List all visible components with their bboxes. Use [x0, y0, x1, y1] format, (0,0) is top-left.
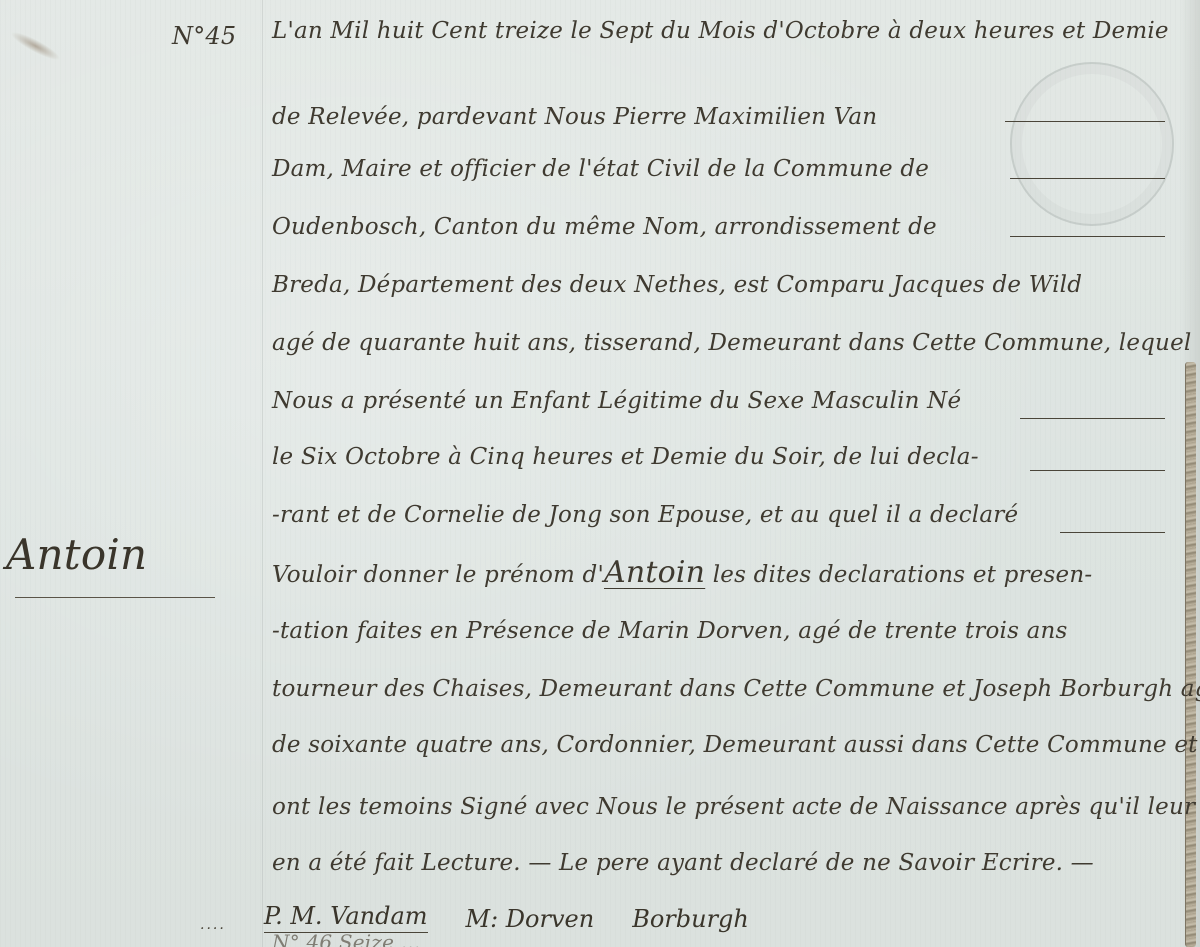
faded-seal-stamp	[1010, 62, 1174, 226]
line-10-tail: les dites declarations et presen-	[705, 562, 1092, 588]
text-line-9: -rant et de Cornelie de Jong son Epouse,…	[272, 498, 1018, 532]
line-filler	[1005, 121, 1165, 122]
margin-name-underline	[15, 597, 215, 598]
text-line-14: ont les temoins Signé avec Nous le prése…	[272, 790, 1195, 824]
entry-number: N°45	[172, 22, 236, 50]
register-page: N°45 Antoin L'an Mil huit Cent treize le…	[0, 0, 1200, 947]
text-line-3: Dam, Maire et officier de l'état Civil d…	[272, 152, 929, 186]
child-name-in-text: Antoin	[604, 555, 705, 590]
text-line-2: de Relevée, pardevant Nous Pierre Maximi…	[272, 100, 877, 134]
signature-witness-1: M: Dorven	[466, 905, 595, 933]
text-line-1: L'an Mil huit Cent treize le Sept du Moi…	[272, 14, 1169, 48]
text-line-10: Vouloir donner le prénom d'Antoin les di…	[272, 556, 1092, 590]
line-filler	[1010, 178, 1165, 179]
signature-mayor: P. M. Vandam	[264, 902, 428, 933]
text-line-4: Oudenbosch, Canton du même Nom, arrondis…	[272, 210, 937, 244]
text-line-15: en a été fait Lecture. — Le pere ayant d…	[272, 846, 1094, 880]
ink-smudge	[8, 28, 62, 64]
signature-row: .... P. M. Vandam M: Dorven Borburgh	[200, 893, 749, 933]
signature-lead-mark: ....	[200, 917, 226, 933]
next-entry-fragment: N° 46 Seize ...	[272, 930, 420, 947]
signature-witness-2: Borburgh	[632, 905, 749, 933]
text-line-8: le Six Octobre à Cinq heures et Demie du…	[272, 440, 979, 474]
text-line-5: Breda, Département des deux Nethes, est …	[272, 268, 1082, 302]
text-line-11: -tation faites en Présence de Marin Dorv…	[272, 614, 1068, 648]
line-filler	[1020, 418, 1165, 419]
margin-child-name: Antoin	[6, 530, 147, 579]
text-line-7: Nous a présenté un Enfant Légitime du Se…	[272, 384, 961, 418]
line-filler	[1030, 470, 1165, 471]
text-line-6: agé de quarante huit ans, tisserand, Dem…	[272, 326, 1191, 360]
text-line-13: de soixante quatre ans, Cordonnier, Deme…	[272, 728, 1198, 762]
text-line-12: tourneur des Chaises, Demeurant dans Cet…	[272, 672, 1200, 706]
line-filler	[1060, 532, 1165, 533]
line-filler	[1010, 236, 1165, 237]
line-10-lead: Vouloir donner le prénom d'	[272, 562, 604, 588]
binding-thread	[1185, 362, 1196, 947]
margin-rule	[262, 0, 263, 947]
